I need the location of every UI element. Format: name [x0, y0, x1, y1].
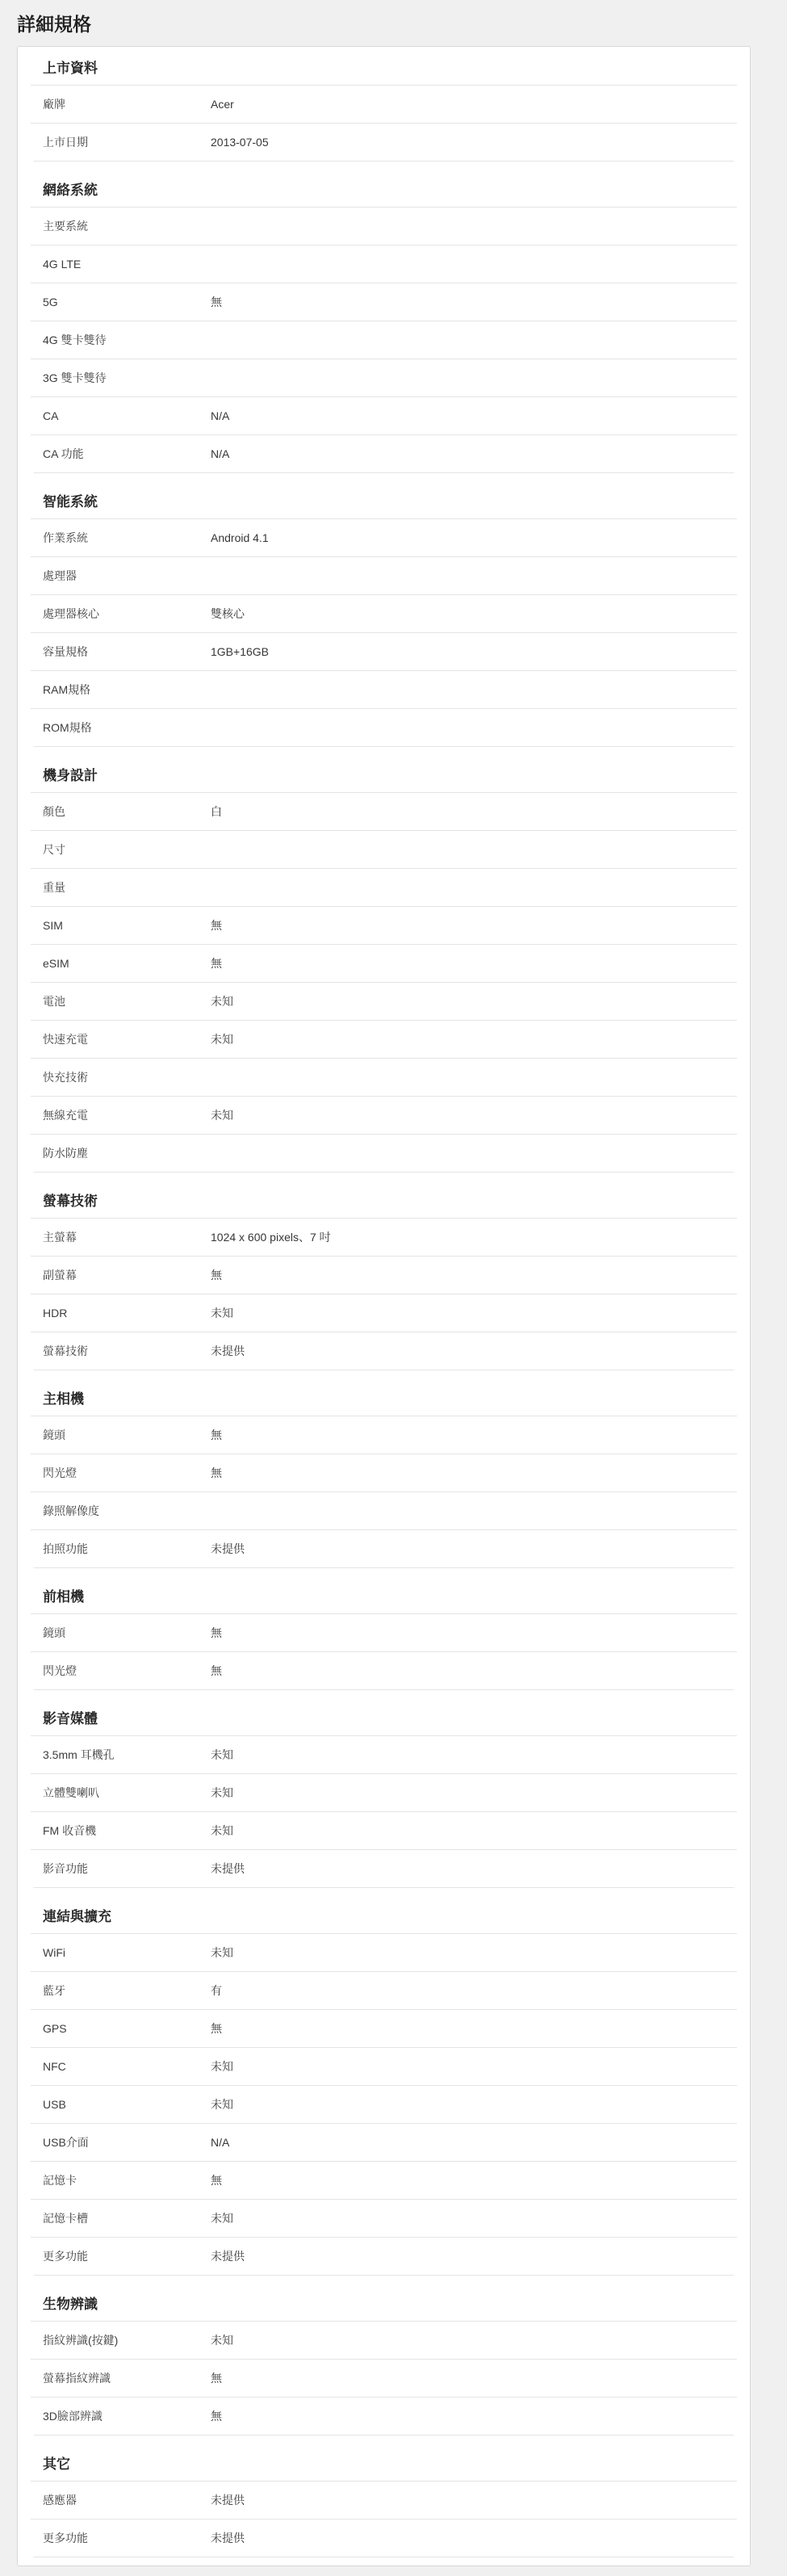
spec-label: 感應器	[43, 2493, 211, 2507]
spec-row: 記憶卡 無	[31, 2161, 737, 2199]
spec-label: 閃光燈	[43, 1466, 211, 1480]
section-title: 生物辨識	[43, 2296, 725, 2314]
spec-label: 重量	[43, 880, 211, 895]
spec-row: 防水防塵	[31, 1134, 737, 1172]
section-title: 主相機	[43, 1391, 725, 1408]
spec-row: GPS 無	[31, 2009, 737, 2047]
spec-label: WiFi	[43, 1945, 211, 1960]
spec-label: 更多功能	[43, 2531, 211, 2545]
spec-label: HDR	[43, 1306, 211, 1320]
spec-value: 未提供	[211, 2531, 725, 2545]
spec-value: 未提供	[211, 1542, 725, 1556]
spec-row: 指紋辨識(按鍵) 未知	[31, 2321, 737, 2359]
spec-label: 更多功能	[43, 2249, 211, 2263]
spec-label: 無線充電	[43, 1108, 211, 1122]
spec-label: CA 功能	[43, 447, 211, 461]
section-rows: 3.5mm 耳機孔 未知 立體雙喇叭 未知 FM 收音機 未知 影音功能 未提供	[31, 1735, 737, 1888]
spec-label: 3.5mm 耳機孔	[43, 1747, 211, 1762]
spec-value: 未知	[211, 2333, 725, 2347]
section-rows: 作業系統 Android 4.1 處理器 處理器核心 雙核心 容量規格 1GB+…	[31, 518, 737, 747]
spec-label: ROM規格	[43, 720, 211, 735]
spec-value: 未知	[211, 2211, 725, 2226]
spec-label: 螢幕指紋辨識	[43, 2371, 211, 2385]
spec-row: 容量規格 1GB+16GB	[31, 632, 737, 670]
spec-section: 主相機 鏡頭 無 閃光燈 無 錄照解像度 拍照功能 未提供	[31, 1391, 737, 1568]
spec-row: USB 未知	[31, 2085, 737, 2123]
spec-section: 網絡系統 主要系統 4G LTE 5G 無 4G 雙卡雙待 3G 雙卡雙待 CA…	[31, 182, 737, 473]
spec-row: WiFi 未知	[31, 1933, 737, 1971]
section-rows: 主螢幕 1024 x 600 pixels、7 吋 副螢幕 無 HDR 未知 螢…	[31, 1218, 737, 1370]
section-title: 網絡系統	[43, 182, 725, 199]
spec-section: 其它 感應器 未提供 更多功能 未提供	[31, 2456, 737, 2557]
spec-value: N/A	[211, 2135, 725, 2150]
spec-row: 鏡頭 無	[31, 1416, 737, 1454]
spec-row: 尺寸	[31, 830, 737, 868]
section-title: 機身設計	[43, 767, 725, 785]
spec-label: 尺寸	[43, 842, 211, 857]
spec-label: SIM	[43, 918, 211, 933]
spec-section: 智能系統 作業系統 Android 4.1 處理器 處理器核心 雙核心 容量規格…	[31, 493, 737, 747]
spec-row: 閃光燈 無	[31, 1454, 737, 1491]
spec-row: 3D臉部辨識 無	[31, 2397, 737, 2435]
spec-value: 未提供	[211, 2493, 725, 2507]
spec-row: 4G 雙卡雙待	[31, 321, 737, 359]
spec-value: 無	[211, 2021, 725, 2036]
spec-row: RAM規格	[31, 670, 737, 708]
spec-row: 快充技術	[31, 1058, 737, 1096]
spec-label: 電池	[43, 994, 211, 1009]
spec-section: 生物辨識 指紋辨識(按鍵) 未知 螢幕指紋辨識 無 3D臉部辨識 無	[31, 2296, 737, 2435]
spec-row: 重量	[31, 868, 737, 906]
spec-value: N/A	[211, 447, 725, 461]
spec-page: 詳細規格 上市資料 廠牌 Acer 上市日期 2013-07-05 網絡系統 主…	[0, 0, 787, 2566]
spec-label: 作業系統	[43, 531, 211, 545]
spec-value: N/A	[211, 409, 725, 423]
spec-label: 4G LTE	[43, 257, 211, 271]
section-title: 前相機	[43, 1588, 725, 1606]
spec-row: 更多功能 未提供	[31, 2519, 737, 2557]
spec-section: 螢幕技術 主螢幕 1024 x 600 pixels、7 吋 副螢幕 無 HDR…	[31, 1193, 737, 1370]
spec-row: 主要系統	[31, 207, 737, 245]
spec-label: NFC	[43, 2059, 211, 2074]
spec-row: ROM規格	[31, 708, 737, 746]
spec-row: 閃光燈 無	[31, 1651, 737, 1689]
spec-label: CA	[43, 409, 211, 423]
spec-label: 藍牙	[43, 1983, 211, 1998]
spec-value: 1024 x 600 pixels、7 吋	[211, 1230, 725, 1244]
spec-value: 2013-07-05	[211, 135, 725, 149]
spec-value: 未知	[211, 2097, 725, 2112]
spec-row: 立體雙喇叭 未知	[31, 1773, 737, 1811]
spec-label: 主螢幕	[43, 1230, 211, 1244]
spec-label: 立體雙喇叭	[43, 1785, 211, 1800]
spec-label: 顏色	[43, 804, 211, 819]
spec-row: 顏色 白	[31, 792, 737, 830]
section-title: 影音媒體	[43, 1710, 725, 1728]
spec-label: 記憶卡	[43, 2173, 211, 2188]
spec-row: SIM 無	[31, 906, 737, 944]
spec-row: 影音功能 未提供	[31, 1849, 737, 1887]
spec-label: 鏡頭	[43, 1428, 211, 1442]
spec-label: 記憶卡槽	[43, 2211, 211, 2226]
section-rows: 顏色 白 尺寸 重量 SIM 無 eSIM 無 電池 未知 快速充電 未知 快充…	[31, 792, 737, 1173]
spec-label: GPS	[43, 2021, 211, 2036]
spec-label: 上市日期	[43, 135, 211, 149]
spec-section: 上市資料 廠牌 Acer 上市日期 2013-07-05	[31, 60, 737, 162]
spec-row: 主螢幕 1024 x 600 pixels、7 吋	[31, 1218, 737, 1256]
spec-value: 未知	[211, 1785, 725, 1800]
spec-value: 未知	[211, 1945, 725, 1960]
spec-row: 4G LTE	[31, 245, 737, 283]
spec-label: USB介面	[43, 2135, 211, 2150]
spec-value: 雙核心	[211, 606, 725, 621]
spec-section: 影音媒體 3.5mm 耳機孔 未知 立體雙喇叭 未知 FM 收音機 未知 影音功…	[31, 1710, 737, 1888]
spec-row: 副螢幕 無	[31, 1256, 737, 1294]
spec-label: 副螢幕	[43, 1268, 211, 1282]
spec-label: 快速充電	[43, 1032, 211, 1047]
spec-label: 閃光燈	[43, 1663, 211, 1678]
section-rows: WiFi 未知 藍牙 有 GPS 無 NFC 未知 USB 未知 USB介面 N…	[31, 1933, 737, 2276]
section-rows: 鏡頭 無 閃光燈 無	[31, 1613, 737, 1690]
spec-row: 鏡頭 無	[31, 1613, 737, 1651]
spec-label: 處理器核心	[43, 606, 211, 621]
spec-section: 機身設計 顏色 白 尺寸 重量 SIM 無 eSIM 無 電池 未知 快速充電 …	[31, 767, 737, 1173]
spec-sections: 上市資料 廠牌 Acer 上市日期 2013-07-05 網絡系統 主要系統 4…	[31, 60, 737, 2557]
spec-value: 未知	[211, 994, 725, 1009]
spec-section: 前相機 鏡頭 無 閃光燈 無	[31, 1588, 737, 1690]
spec-row: 拍照功能 未提供	[31, 1529, 737, 1567]
spec-label: USB	[43, 2097, 211, 2112]
spec-value: 未提供	[211, 1861, 725, 1876]
spec-value: 白	[211, 804, 725, 819]
spec-row: 無線充電 未知	[31, 1096, 737, 1134]
spec-value: 無	[211, 2371, 725, 2385]
spec-label: 影音功能	[43, 1861, 211, 1876]
spec-row: 5G 無	[31, 283, 737, 321]
spec-section: 連結與擴充 WiFi 未知 藍牙 有 GPS 無 NFC 未知 USB 未知 U…	[31, 1908, 737, 2276]
section-rows: 主要系統 4G LTE 5G 無 4G 雙卡雙待 3G 雙卡雙待 CA N/A …	[31, 207, 737, 473]
spec-row: CA N/A	[31, 396, 737, 434]
spec-label: 快充技術	[43, 1070, 211, 1085]
spec-row: USB介面 N/A	[31, 2123, 737, 2161]
spec-value: 1GB+16GB	[211, 644, 725, 659]
spec-value: 無	[211, 956, 725, 971]
spec-row: 更多功能 未提供	[31, 2237, 737, 2275]
spec-row: 處理器核心 雙核心	[31, 594, 737, 632]
spec-row: CA 功能 N/A	[31, 434, 737, 472]
spec-label: 5G	[43, 295, 211, 309]
spec-value: Android 4.1	[211, 531, 725, 545]
section-rows: 感應器 未提供 更多功能 未提供	[31, 2481, 737, 2557]
spec-label: 拍照功能	[43, 1542, 211, 1556]
spec-label: 防水防塵	[43, 1146, 211, 1160]
spec-row: 記憶卡槽 未知	[31, 2199, 737, 2237]
spec-value: 無	[211, 918, 725, 933]
spec-value: 未知	[211, 2059, 725, 2074]
spec-value: 無	[211, 1268, 725, 1282]
section-rows: 廠牌 Acer 上市日期 2013-07-05	[31, 85, 737, 162]
spec-row: 錄照解像度	[31, 1491, 737, 1529]
section-title: 其它	[43, 2456, 725, 2473]
spec-value: 無	[211, 1428, 725, 1442]
spec-label: 主要系統	[43, 219, 211, 233]
section-title: 智能系統	[43, 493, 725, 511]
spec-value: 有	[211, 1983, 725, 1998]
section-title: 連結與擴充	[43, 1908, 725, 1926]
spec-row: 作業系統 Android 4.1	[31, 518, 737, 556]
spec-row: NFC 未知	[31, 2047, 737, 2085]
section-rows: 鏡頭 無 閃光燈 無 錄照解像度 拍照功能 未提供	[31, 1416, 737, 1568]
spec-row: 螢幕指紋辨識 無	[31, 2359, 737, 2397]
spec-row: eSIM 無	[31, 944, 737, 982]
spec-value: 無	[211, 2173, 725, 2188]
spec-value: 未提供	[211, 1344, 725, 1358]
spec-label: 容量規格	[43, 644, 211, 659]
spec-row: 3G 雙卡雙待	[31, 359, 737, 396]
spec-card: 上市資料 廠牌 Acer 上市日期 2013-07-05 網絡系統 主要系統 4…	[17, 46, 751, 2566]
spec-label: eSIM	[43, 956, 211, 971]
spec-label: 螢幕技術	[43, 1344, 211, 1358]
section-title: 上市資料	[43, 60, 725, 78]
spec-label: 3G 雙卡雙待	[43, 371, 211, 385]
spec-row: 廠牌 Acer	[31, 85, 737, 123]
spec-label: 4G 雙卡雙待	[43, 333, 211, 347]
spec-label: 廠牌	[43, 97, 211, 111]
spec-value: 無	[211, 1663, 725, 1678]
spec-row: 上市日期 2013-07-05	[31, 123, 737, 161]
spec-value: 未知	[211, 1032, 725, 1047]
spec-row: FM 收音機 未知	[31, 1811, 737, 1849]
spec-value: 未知	[211, 1747, 725, 1762]
spec-value: 未知	[211, 1306, 725, 1320]
spec-value: 未知	[211, 1823, 725, 1838]
spec-row: 處理器	[31, 556, 737, 594]
spec-label: RAM規格	[43, 682, 211, 697]
spec-row: 螢幕技術 未提供	[31, 1332, 737, 1370]
spec-value: 無	[211, 295, 725, 309]
spec-label: FM 收音機	[43, 1823, 211, 1838]
section-title: 螢幕技術	[43, 1193, 725, 1210]
spec-value: 無	[211, 1626, 725, 1640]
spec-value: 未提供	[211, 2249, 725, 2263]
spec-row: 3.5mm 耳機孔 未知	[31, 1735, 737, 1773]
spec-label: 鏡頭	[43, 1626, 211, 1640]
spec-label: 錄照解像度	[43, 1504, 211, 1518]
spec-value: 無	[211, 2409, 725, 2423]
spec-row: 藍牙 有	[31, 1971, 737, 2009]
section-rows: 指紋辨識(按鍵) 未知 螢幕指紋辨識 無 3D臉部辨識 無	[31, 2321, 737, 2435]
spec-label: 處理器	[43, 568, 211, 583]
spec-label: 指紋辨識(按鍵)	[43, 2333, 211, 2347]
spec-value: 無	[211, 1466, 725, 1480]
spec-row: 快速充電 未知	[31, 1020, 737, 1058]
spec-row: HDR 未知	[31, 1294, 737, 1332]
page-title: 詳細規格	[0, 0, 787, 46]
spec-value: Acer	[211, 97, 725, 111]
spec-row: 電池 未知	[31, 982, 737, 1020]
spec-value: 未知	[211, 1108, 725, 1122]
spec-label: 3D臉部辨識	[43, 2409, 211, 2423]
spec-row: 感應器 未提供	[31, 2481, 737, 2519]
